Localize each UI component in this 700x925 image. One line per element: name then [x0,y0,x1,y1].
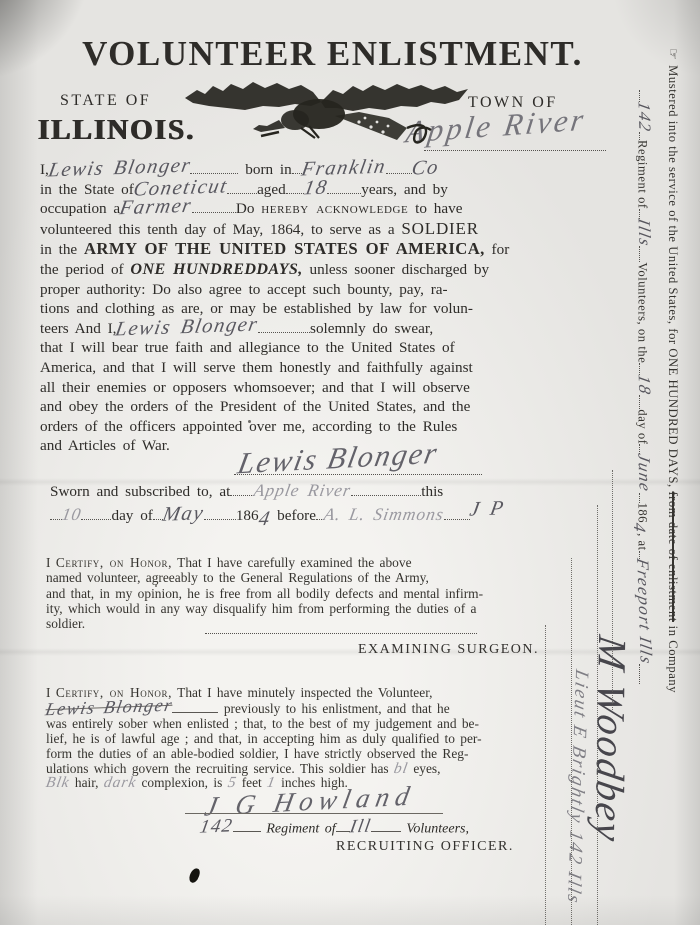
handwritten-text: Lewis Blonger [48,166,191,171]
fill-in-line [639,493,650,503]
handwritten-text: May [163,513,204,514]
stub-dotted-line [571,558,572,925]
fill-in-line [639,90,650,102]
fill-in-line [230,483,254,496]
printed-text: that I will bear true faith and allegian… [40,339,455,356]
town-fill-line [424,150,606,151]
oath-line-5: in the ARMY OF THE UNITED STATES OF AMER… [40,239,615,260]
muster-stub-line-2: 142Regiment ofIllsVolunteers, on the18da… [635,90,650,684]
printed-text: lief, he is of lawful age ; and that, in… [46,731,482,746]
printed-text: day of [636,409,650,444]
manicule-icon: ☞ [665,48,680,65]
printed-text: for [485,241,510,258]
printed-text: day of [111,507,152,524]
printed-text: and obey the orders of the President of … [40,398,470,415]
recruiting-officer-label: RECRUITING OFFICER. [336,839,514,855]
fill-in-line [227,180,257,193]
oath-line-7: proper authority: Do also agree to accep… [40,280,615,300]
oath-line-6: the period of ONE HUNDREDDAYS, unless so… [40,260,615,280]
signature-fill-line [234,474,482,475]
muster-stub-line-1: ☞ Mustered into the service of the Unite… [665,48,680,693]
paper-speck [248,420,251,423]
oath-line-11: America, and that I will serve them hone… [40,358,615,378]
state-name: ILLINOIS. [38,114,195,147]
oath-line-3: occupation aFarmerDo hereby acknowledge … [40,199,615,219]
printed-text: to have [408,200,462,217]
printed-text: 186 [236,507,259,524]
handwritten-text: Ill [350,827,371,828]
surgeon-certificate: I Certify, on Honor, That I have careful… [46,555,601,631]
printed-text: Volunteers, on the [636,262,650,363]
fill-in-line [351,483,421,496]
surgeon-cert-line-5: soldier. [46,616,601,631]
state-of-label: STATE OF [60,92,151,110]
stub-dotted-line [597,505,598,925]
fill-in-line [192,200,236,213]
handwritten-text: June [643,454,644,492]
ink-blot [188,867,201,884]
printed-text: previously to his enlistment, and that h… [218,701,449,716]
surgeon-cert-line-3: and that, in my opinion, he is free from… [46,586,601,601]
printed-text: , at [636,533,650,551]
handwritten-text: 142 [200,827,233,828]
fill-in-line [386,161,412,174]
fill-in-line [327,180,361,193]
oath-line-9: teers And I,Lewis Blongersolemnly do swe… [40,319,615,339]
printed-text: ONE HUNDREDDAYS, [130,261,302,278]
printed-text: Do [236,200,261,217]
officer-regiment-block: 142 Regiment ofIll Volunteers, [200,820,469,837]
printed-text: was entirely sober when enlisted ; that,… [46,716,479,731]
surgeon-cert-line-4: ity, which would in any way disqualify h… [46,601,601,616]
printed-text: years, and by [361,181,448,198]
surgeon-signature-line [205,633,477,634]
printed-text: ARMY OF THE UNITED STATES OF AMERICA, [84,239,485,258]
fill-in-line [639,664,650,684]
printed-text: Regiment of [636,140,650,209]
oath-line-10: that I will bear true faith and allegian… [40,338,615,358]
paper-speck [155,585,157,587]
oath-line-4: volunteered this tenth day of May, 1864,… [40,219,615,240]
printed-text: form the duties of an able-bodied soldie… [46,746,468,761]
handwritten-text: 142 [643,102,644,132]
fill-in-line [639,132,650,140]
handwritten-text: Franklin [301,167,385,170]
oath-paragraph: I,Lewis Blonger born inFranklinCoin the … [40,160,615,456]
printed-text: complexion, is [136,775,228,790]
printed-text: I [46,555,56,570]
fill-in-line [172,701,218,713]
handwritten-text: 18 [643,375,644,395]
printed-text: before [270,507,316,524]
printed-text: SOLDIER [401,219,478,238]
printed-text: Volunteers, [401,821,469,836]
printed-text: teers And I, [40,320,116,337]
fill-in-line [639,395,650,409]
printed-text: in Company [666,622,680,693]
printed-text: eyes, [408,761,441,776]
fill-in-line [233,820,261,832]
fill-in-line [286,180,304,193]
printed-text: Regiment of [261,821,336,836]
printed-text: That I have minutely inspected the Volun… [172,685,432,700]
oath-line-13: and obey the orders of the President of … [40,397,615,417]
fill-in-line [444,507,470,520]
fill-in-line [639,209,650,219]
surgeon-cert-line-1: I Certify, on Honor, That I have careful… [46,555,601,570]
printed-text: the period of [40,261,130,278]
printed-text: unless sooner discharged by [303,261,489,278]
printed-text: hereby acknowledge [261,200,408,217]
sworn-line-2: 10day ofMay1864 beforeA. L. SimmonsJ P [50,504,504,528]
printed-text: this [421,483,443,500]
muster-stub-line-1: ☞ Mustered into the service of the Unite… [665,48,680,693]
printed-text: America, and that I will serve them hone… [40,359,473,376]
printed-text: volunteered this tenth day of May, 1864,… [40,221,401,238]
printed-text: I [46,685,56,700]
fill-in-line [81,507,111,520]
handwritten-text: Lewis Blonger [45,705,173,710]
officer-signature-line [185,813,443,814]
recruiting-certificate: I Certify, on Honor, That I have minutel… [46,686,606,791]
printed-text: hair, [70,775,104,790]
printed-text: in the [40,241,84,258]
printed-text: soldier. [46,616,85,631]
fill-in-line [639,246,650,262]
printed-text: named volunteer, agreeably to the Genera… [46,570,429,585]
sworn-line-1: Sworn and subscribed to, atApple Riverth… [50,480,504,504]
printed-text: all their enemies or opposers whomsoever… [40,379,470,396]
recruit-cert-line-2: Lewis Blonger previously to his enlistme… [46,701,606,717]
handwritten-text: Co [411,168,438,169]
printed-text: Sworn and subscribed to, at [50,483,230,500]
printed-text: 186 [636,503,650,524]
recruit-cert-line-3: was entirely sober when enlisted ; that,… [46,717,606,732]
oath-line-8: tions and clothing as are, or may be est… [40,299,615,319]
printed-text: Certify, on Honor, [56,555,172,570]
handwritten-text: Coneticut [133,186,227,189]
handwritten-text: Farmer [120,206,192,209]
examining-surgeon-label: EXAMINING SURGEON. [358,642,539,658]
fill-in-line [336,820,350,832]
printed-text: aged [257,181,286,198]
oath-line-12: all their enemies or opposers whomsoever… [40,378,615,398]
printed-text: in the State of [40,181,134,198]
eagle-engraving-icon [183,76,475,150]
printed-text: Mustered into the service of the United … [666,65,680,491]
printed-text: ulations which govern the recruiting ser… [46,761,394,776]
fill-in-line [204,507,236,520]
surgeon-cert-line-2: named volunteer, agreeably to the Genera… [46,570,601,585]
handwritten-text: 18 [304,187,328,188]
muster-signature-bold: M Woodbey [586,633,636,847]
printed-text: proper authority: Do also agree to accep… [40,281,448,298]
printed-text: and that, in my opinion, he is free from… [46,586,483,601]
handwritten-text: Lewis Blonger [116,324,259,329]
stub-dotted-line [612,470,613,710]
form-title: VOLUNTEER ENLISTMENT. [70,34,595,74]
handwritten-text: J P [470,508,505,509]
printed-text: That I have carefully examined the above [172,555,411,570]
printed-text: occupation a [40,200,120,217]
handwritten-text: Freeport Ills [642,558,646,664]
volunteer-enlistment-form: VOLUNTEER ENLISTMENT. STATE OF ILLINOIS.… [0,0,700,925]
printed-text: solemnly do swear, [310,320,433,337]
fill-in-line [258,319,310,332]
printed-text: and Articles of War. [40,437,170,454]
fill-in-line [190,161,238,174]
oath-line-14: orders of the officers appointed over me… [40,417,615,437]
officer-regiment-line: 142 Regiment ofIll Volunteers, [200,820,469,837]
printed-text: from date of enlistment [666,491,680,622]
stub-dotted-line [545,625,546,925]
fill-in-line [371,820,401,832]
recruit-cert-line-4: lief, he is of lawful age ; and that, in… [46,732,606,747]
sworn-subscribed-block: Sworn and subscribed to, atApple Riverth… [50,480,504,528]
muster-stub-line-2: 142Regiment ofIllsVolunteers, on the18da… [635,90,650,684]
printed-text: born in [238,161,291,178]
recruit-cert-line-5: form the duties of an able-bodied soldie… [46,747,606,762]
handwritten-text: Ills [643,219,644,247]
printed-text: ity, which would in any way disqualify h… [46,601,477,616]
